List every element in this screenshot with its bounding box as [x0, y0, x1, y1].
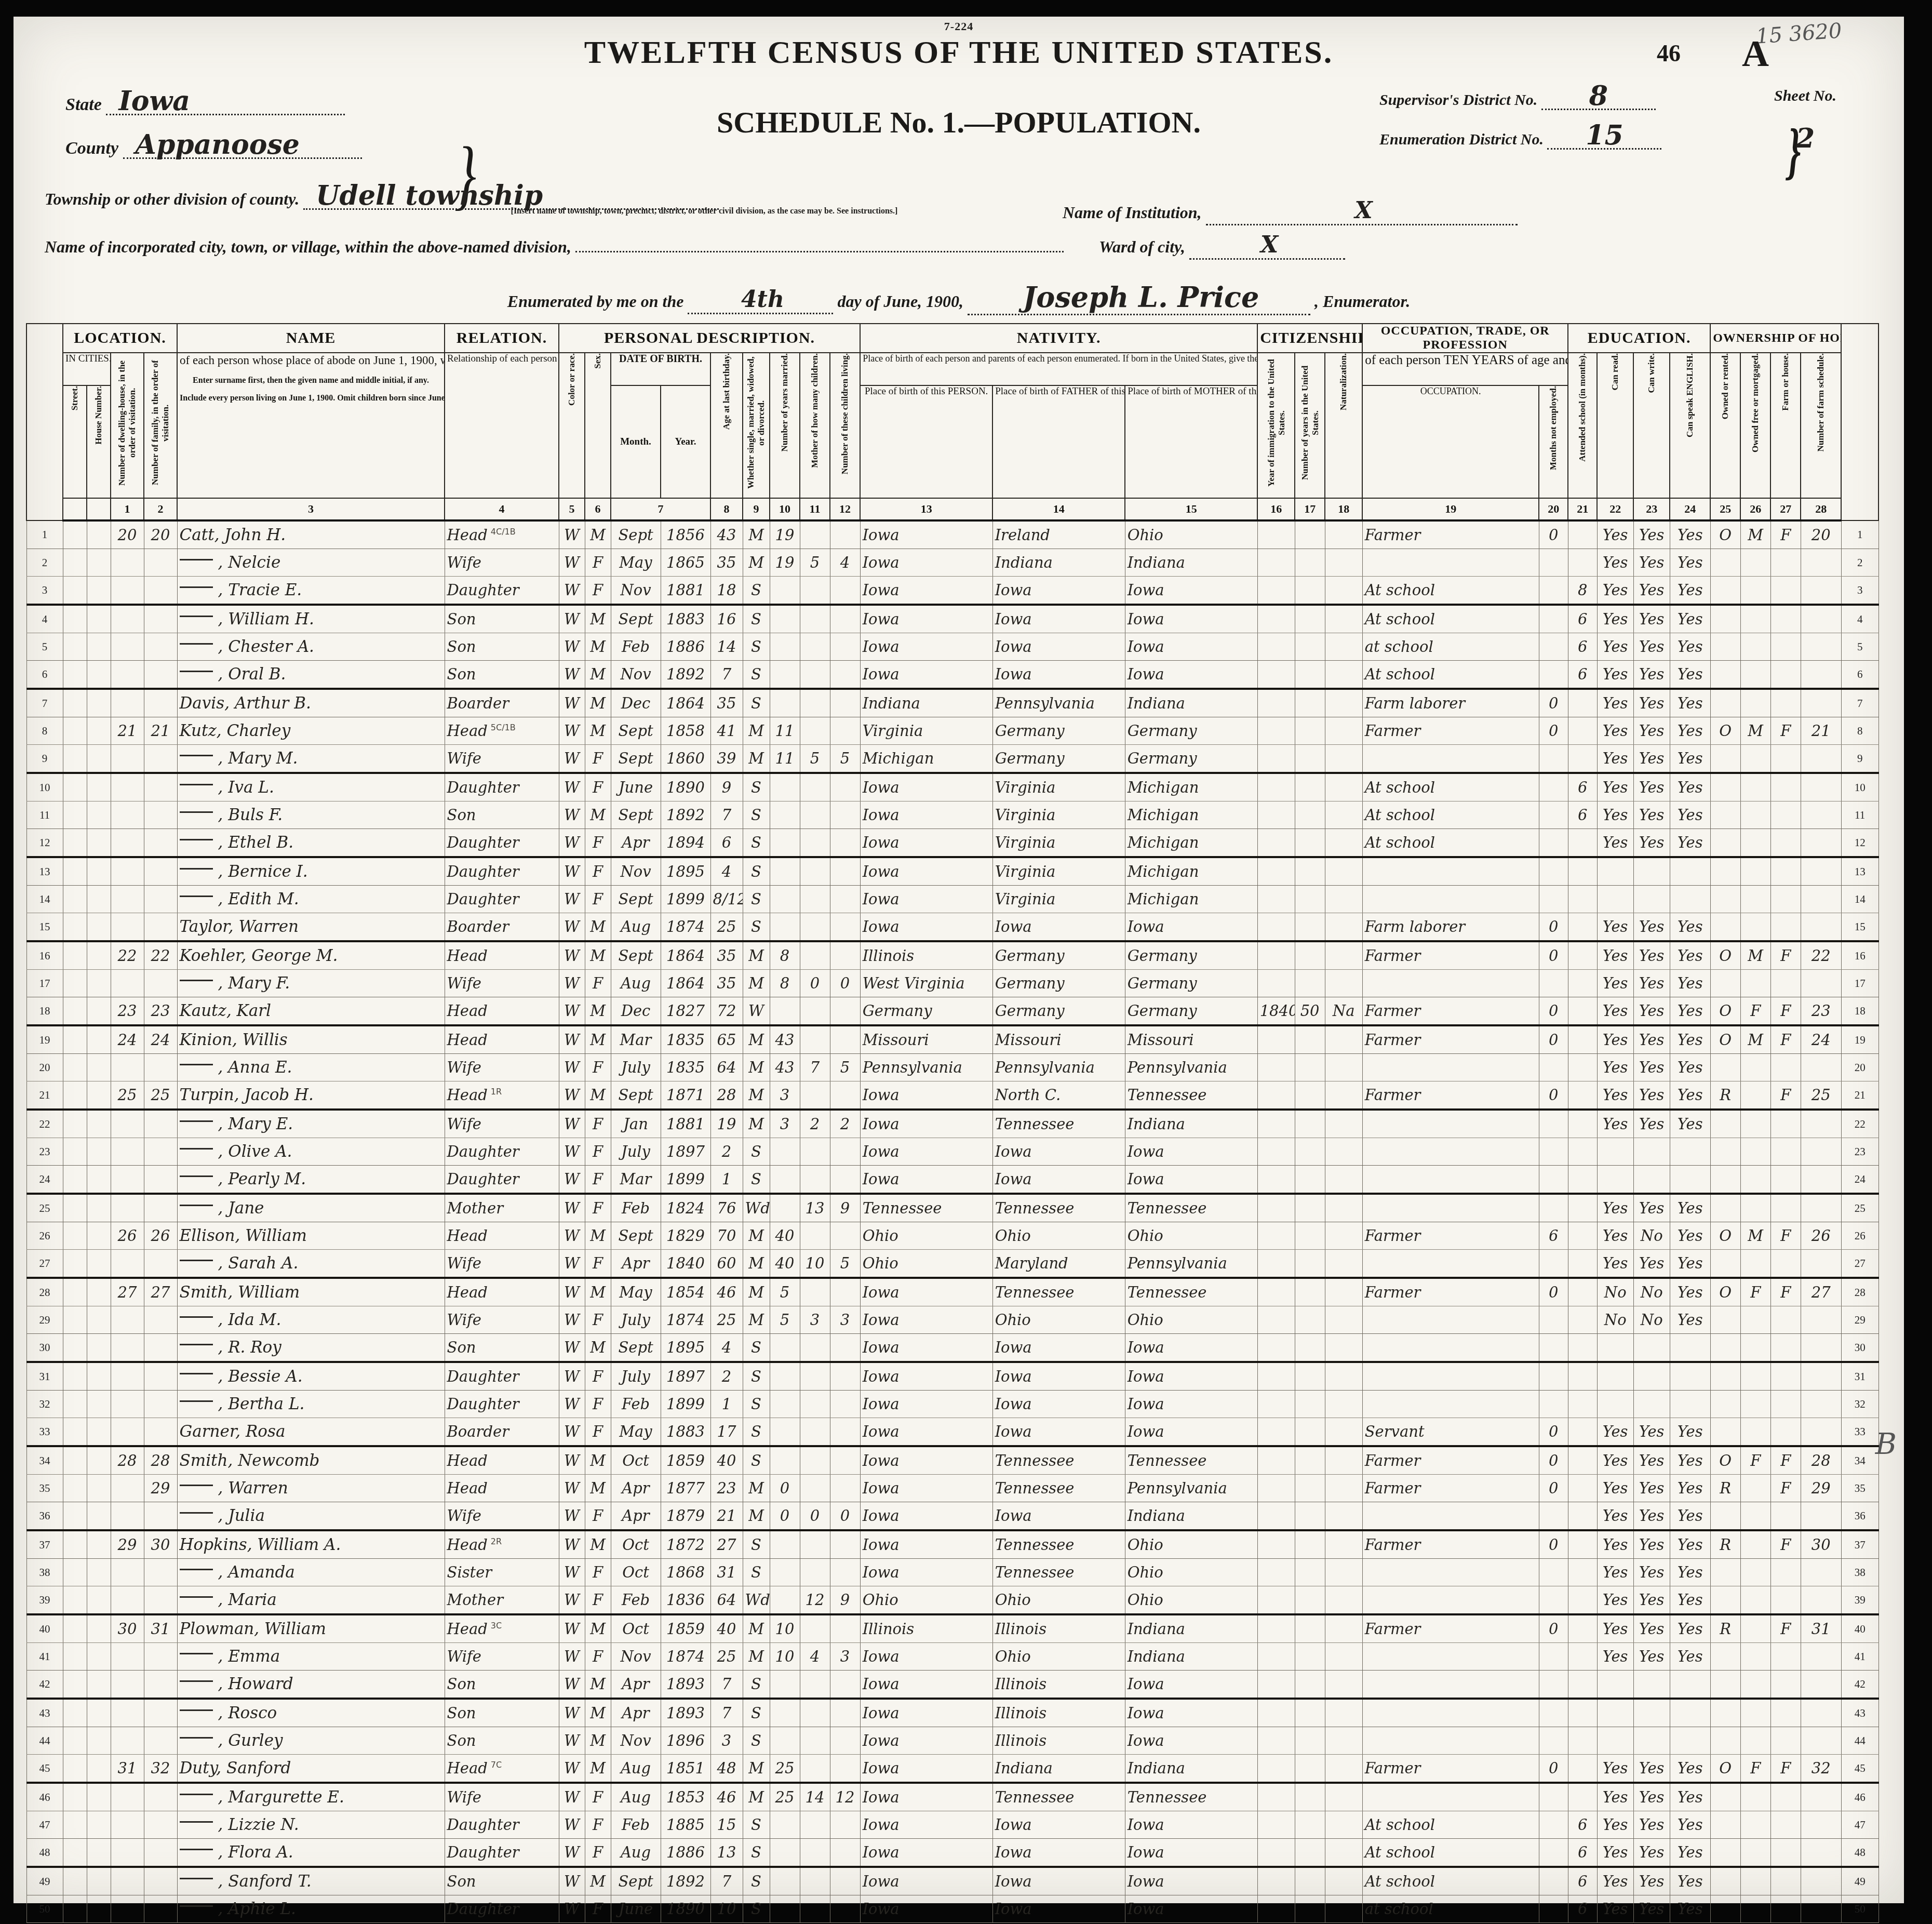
age: 64	[710, 1054, 743, 1081]
can-write: Yes	[1633, 549, 1670, 577]
owned-free-mortgaged	[1740, 1895, 1770, 1923]
occupation-group-header: OCCUPATION, TRADE, OR PROFESSION	[1362, 324, 1568, 353]
farm-or-house	[1770, 1138, 1801, 1166]
father-birthplace: Iowa	[992, 1839, 1125, 1867]
owned-free-mortgaged	[1740, 1362, 1770, 1391]
dwelling-number	[111, 1811, 144, 1839]
occupation: At school	[1362, 829, 1539, 858]
person-name: , Lizzie N.	[177, 1811, 445, 1839]
farm-schedule-number	[1801, 829, 1841, 858]
col6-header: Sex.	[585, 353, 611, 498]
father-birthplace: Virginia	[992, 829, 1125, 858]
immigration-year	[1257, 1643, 1295, 1671]
row-number-left: 15	[26, 913, 63, 942]
naturalization	[1325, 549, 1362, 577]
home-owned-rented	[1710, 886, 1740, 913]
sex: F	[585, 1586, 611, 1615]
birth-year: 1874	[661, 913, 710, 942]
home-owned-rented: R	[1710, 1475, 1740, 1502]
sex: F	[585, 1811, 611, 1839]
mother-of-children	[800, 1025, 830, 1054]
street	[63, 1166, 87, 1194]
occupation	[1362, 745, 1539, 773]
school-months	[1568, 1025, 1597, 1054]
row-number-right: 32	[1841, 1391, 1879, 1418]
birth-year: 1868	[661, 1559, 710, 1586]
birthplace: Iowa	[860, 1559, 992, 1586]
father-birthplace: Ohio	[992, 1586, 1125, 1615]
months-not-employed	[1539, 1586, 1568, 1615]
age: 72	[710, 997, 743, 1026]
house-number	[87, 717, 111, 745]
years-in-us	[1295, 829, 1325, 858]
house-number	[87, 577, 111, 605]
can-read: Yes	[1597, 1530, 1633, 1559]
can-write: Yes	[1633, 1867, 1670, 1895]
birth-month: Oct	[611, 1530, 661, 1559]
header-row-districts: State Iowa County Appanoose } SCHEDULE N…	[45, 84, 1873, 172]
row-number-right: 23	[1841, 1138, 1879, 1166]
row-number-right: 11	[1841, 801, 1879, 829]
person-name: , Jane	[177, 1194, 445, 1222]
enumerated-day: 4th	[688, 286, 833, 314]
row-number-right: 35	[1841, 1475, 1879, 1502]
farm-schedule-number	[1801, 1671, 1841, 1699]
farm-or-house	[1770, 1391, 1801, 1418]
birth-year: 1883	[661, 1418, 710, 1447]
row-number-left: 21	[26, 1081, 63, 1110]
children-living	[830, 1081, 860, 1110]
father-birthplace: Maryland	[992, 1250, 1125, 1278]
family-number	[144, 1643, 177, 1671]
row-number-left: 2	[26, 549, 63, 577]
occupation	[1362, 1166, 1539, 1194]
dwelling-number	[111, 1054, 144, 1081]
mother-of-children	[800, 1081, 830, 1110]
can-read	[1597, 1334, 1633, 1362]
house-number	[87, 1446, 111, 1475]
column-number-13: 13	[860, 498, 992, 520]
owned-free-mortgaged	[1740, 1194, 1770, 1222]
street	[63, 857, 87, 886]
can-speak-english	[1670, 1362, 1710, 1391]
census-row: 3, Tracie E.DaughterWFNov188118SIowaIowa…	[26, 577, 1879, 605]
months-not-employed	[1539, 1362, 1568, 1391]
years-married: 0	[770, 1502, 800, 1531]
years-married: 40	[770, 1250, 800, 1278]
family-number	[144, 1502, 177, 1531]
birth-month: Mar	[611, 1166, 661, 1194]
children-living	[830, 717, 860, 745]
can-speak-english: Yes	[1670, 1559, 1710, 1586]
birth-month: Sept	[611, 605, 661, 633]
farm-or-house	[1770, 1110, 1801, 1138]
occupation: At school	[1362, 1839, 1539, 1867]
column-number-14: 14	[992, 498, 1125, 520]
birth-month: Aug	[611, 970, 661, 997]
col9-header: Whether single, married, widowed, or div…	[743, 353, 770, 498]
birth-month: Sept	[611, 941, 661, 970]
dwelling-number	[111, 689, 144, 717]
years-married	[770, 913, 800, 942]
relation: Daughter	[445, 1166, 559, 1194]
house-number	[87, 1643, 111, 1671]
sex: M	[585, 801, 611, 829]
census-row: 41, EmmaWifeWFNov187425M1043IowaOhioIndi…	[26, 1643, 1879, 1671]
color-race: W	[559, 1054, 585, 1081]
immigration-year	[1257, 829, 1295, 858]
census-row: 453132Duty, SanfordHead7CWMAug185148M25I…	[26, 1755, 1879, 1783]
can-speak-english: Yes	[1670, 1839, 1710, 1867]
birthplace: Iowa	[860, 520, 992, 549]
immigration-year	[1257, 1727, 1295, 1755]
house-number	[87, 1025, 111, 1054]
relation: Head	[445, 1446, 559, 1475]
row-number-left: 20	[26, 1054, 63, 1081]
relation: Wife	[445, 1783, 559, 1811]
mother-birthplace: Michigan	[1125, 829, 1257, 858]
relation: Son	[445, 605, 559, 633]
row-number-left: 42	[26, 1671, 63, 1699]
person-name: Ellison, William	[177, 1222, 445, 1250]
surname-ditto-mark	[180, 1709, 213, 1711]
occupation	[1362, 1138, 1539, 1166]
marital-status: M	[743, 1110, 770, 1138]
birthplace: Ohio	[860, 1586, 992, 1615]
naturalization	[1325, 1530, 1362, 1559]
occupation: Farmer	[1362, 1755, 1539, 1783]
relation: Daughter	[445, 1895, 559, 1923]
can-read	[1597, 886, 1633, 913]
occupation: Farmer	[1362, 941, 1539, 970]
row-number-left: 37	[26, 1530, 63, 1559]
birthplace: Iowa	[860, 1306, 992, 1334]
marital-status: M	[743, 1054, 770, 1081]
can-speak-english: Yes	[1670, 1755, 1710, 1783]
relation: Daughter	[445, 577, 559, 605]
house-number	[87, 1194, 111, 1222]
mother-of-children	[800, 941, 830, 970]
owned-free-mortgaged: M	[1740, 717, 1770, 745]
age: 41	[710, 717, 743, 745]
home-owned-rented	[1710, 577, 1740, 605]
dwelling-number: 31	[111, 1755, 144, 1783]
years-in-us	[1295, 1446, 1325, 1475]
children-living	[830, 857, 860, 886]
surname-ditto-mark	[180, 1485, 213, 1486]
occupation	[1362, 1391, 1539, 1418]
relation: Boarder	[445, 689, 559, 717]
row-number-left: 38	[26, 1559, 63, 1586]
sex: F	[585, 1166, 611, 1194]
dwelling-number	[111, 1250, 144, 1278]
census-row: 11, Buls F.SonWMSept18927SIowaVirginiaMi…	[26, 801, 1879, 829]
person-name: , Chester A.	[177, 633, 445, 661]
can-read: Yes	[1597, 1502, 1633, 1531]
color-race: W	[559, 829, 585, 858]
birth-year: 1894	[661, 829, 710, 858]
years-married	[770, 1166, 800, 1194]
family-number	[144, 886, 177, 913]
months-not-employed	[1539, 1334, 1568, 1362]
mother-birthplace: Pennsylvania	[1125, 1054, 1257, 1081]
birth-month: Mar	[611, 1025, 661, 1054]
home-owned-rented	[1710, 1306, 1740, 1334]
birth-month: Sept	[611, 717, 661, 745]
col13-header: Place of birth of this PERSON.	[860, 385, 992, 498]
mother-of-children	[800, 661, 830, 689]
row-number-left: 40	[26, 1614, 63, 1643]
sex: F	[585, 1306, 611, 1334]
column-number-28: 28	[1801, 498, 1841, 520]
dwelling-number: 29	[111, 1530, 144, 1559]
mother-of-children	[800, 1391, 830, 1418]
months-not-employed	[1539, 1643, 1568, 1671]
census-row: 31, Bessie A.DaughterWFJuly18972SIowaIow…	[26, 1362, 1879, 1391]
person-name: Smith, Newcomb	[177, 1446, 445, 1475]
sex: M	[585, 605, 611, 633]
row-number-left: 8	[26, 717, 63, 745]
birthplace: Iowa	[860, 1475, 992, 1502]
house-number	[87, 1306, 111, 1334]
can-speak-english: Yes	[1670, 1867, 1710, 1895]
person-name: , Pearly M.	[177, 1166, 445, 1194]
dwelling-number	[111, 1671, 144, 1699]
naturalization	[1325, 1334, 1362, 1362]
mother-birthplace: Iowa	[1125, 1839, 1257, 1867]
dwelling-number	[111, 1867, 144, 1895]
farm-schedule-number	[1801, 801, 1841, 829]
relation: Wife	[445, 1306, 559, 1334]
house-number	[87, 1362, 111, 1391]
can-write: Yes	[1633, 1081, 1670, 1110]
city-value	[575, 251, 1064, 252]
children-living	[830, 1895, 860, 1923]
home-owned-rented: O	[1710, 1025, 1740, 1054]
mother-of-children	[800, 633, 830, 661]
street	[63, 1138, 87, 1166]
marital-status: M	[743, 941, 770, 970]
can-read: Yes	[1597, 717, 1633, 745]
sex: M	[585, 1671, 611, 1699]
surname-ditto-mark	[180, 1120, 213, 1122]
sex: M	[585, 997, 611, 1026]
surname-ditto-mark	[180, 671, 213, 672]
person-name: , Buls F.	[177, 801, 445, 829]
column-number-24: 24	[1670, 498, 1710, 520]
birthplace: Iowa	[860, 1755, 992, 1783]
col19-header: OCCUPATION.	[1362, 385, 1539, 498]
age: 25	[710, 1306, 743, 1334]
birthplace: Virginia	[860, 717, 992, 745]
can-speak-english: Yes	[1670, 1081, 1710, 1110]
school-months	[1568, 1278, 1597, 1306]
occupation: Farm laborer	[1362, 689, 1539, 717]
family-number	[144, 1054, 177, 1081]
street	[63, 1614, 87, 1643]
family-number	[144, 1391, 177, 1418]
years-married: 11	[770, 745, 800, 773]
family-number	[144, 1418, 177, 1447]
sheet-no-label: Sheet No.	[1748, 87, 1862, 105]
can-write	[1633, 886, 1670, 913]
person-name: , Margurette E.	[177, 1783, 445, 1811]
years-in-us	[1295, 605, 1325, 633]
color-race: W	[559, 1418, 585, 1447]
naturalization	[1325, 1194, 1362, 1222]
family-number	[144, 1867, 177, 1895]
marital-status: S	[743, 1727, 770, 1755]
immigration-year	[1257, 1559, 1295, 1586]
relation: Son	[445, 661, 559, 689]
census-row: 17, Mary F.WifeWFAug186435M800West Virgi…	[26, 970, 1879, 997]
farm-or-house: F	[1770, 1614, 1801, 1643]
mother-birthplace: Iowa	[1125, 913, 1257, 942]
naturalization	[1325, 1278, 1362, 1306]
row-number-right: 2	[1841, 549, 1879, 577]
row-number-right: 45	[1841, 1755, 1879, 1783]
dwelling-number	[111, 1166, 144, 1194]
mother-of-children	[800, 829, 830, 858]
naturalization	[1325, 717, 1362, 745]
home-owned-rented: O	[1710, 1278, 1740, 1306]
person-name: , Gurley	[177, 1727, 445, 1755]
house-number	[87, 549, 111, 577]
immigration-year	[1257, 1081, 1295, 1110]
father-birthplace: Virginia	[992, 773, 1125, 801]
can-speak-english	[1670, 857, 1710, 886]
birthplace: Iowa	[860, 1166, 992, 1194]
dwelling-number: 28	[111, 1446, 144, 1475]
person-name: Davis, Arthur B.	[177, 689, 445, 717]
can-speak-english: Yes	[1670, 1530, 1710, 1559]
person-name: , Howard	[177, 1671, 445, 1699]
dwelling-number	[111, 1643, 144, 1671]
farm-schedule-number	[1801, 970, 1841, 997]
home-owned-rented	[1710, 1391, 1740, 1418]
farm-schedule-number: 27	[1801, 1278, 1841, 1306]
marital-status: S	[743, 1699, 770, 1727]
farm-schedule-number	[1801, 857, 1841, 886]
row-number-left: 30	[26, 1334, 63, 1362]
dwelling-number	[111, 1138, 144, 1166]
row-number-left: 16	[26, 941, 63, 970]
census-row: 39, MariaMotherWFFeb183664Wd129OhioOhioO…	[26, 1586, 1879, 1615]
immigration-year	[1257, 717, 1295, 745]
family-number	[144, 745, 177, 773]
person-name: , Mary E.	[177, 1110, 445, 1138]
years-married: 10	[770, 1614, 800, 1643]
years-married	[770, 689, 800, 717]
row-number-left: 7	[26, 689, 63, 717]
school-months	[1568, 1755, 1597, 1783]
street	[63, 1530, 87, 1559]
birth-year: 1824	[661, 1194, 710, 1222]
row-number-right: 38	[1841, 1559, 1879, 1586]
house-number	[87, 913, 111, 942]
education-group-header: EDUCATION.	[1568, 324, 1710, 353]
farm-or-house	[1770, 1334, 1801, 1362]
age: 19	[710, 1110, 743, 1138]
years-married	[770, 1727, 800, 1755]
immigration-year	[1257, 857, 1295, 886]
school-months	[1568, 1475, 1597, 1502]
farm-schedule-number	[1801, 1586, 1841, 1615]
years-in-us	[1295, 1391, 1325, 1418]
relation: Daughter	[445, 886, 559, 913]
months-not-employed	[1539, 1502, 1568, 1531]
can-speak-english	[1670, 1166, 1710, 1194]
mother-of-children	[800, 1362, 830, 1391]
person-name: , William H.	[177, 605, 445, 633]
census-row: 182323Kautz, KarlHeadWMDec182772WGermany…	[26, 997, 1879, 1026]
farm-or-house	[1770, 773, 1801, 801]
can-write: Yes	[1633, 1446, 1670, 1475]
row-number-left: 9	[26, 745, 63, 773]
family-number: 23	[144, 997, 177, 1026]
naturalization	[1325, 1166, 1362, 1194]
sex: F	[585, 1418, 611, 1447]
can-speak-english: Yes	[1670, 970, 1710, 997]
street	[63, 1306, 87, 1334]
owned-free-mortgaged: M	[1740, 1025, 1770, 1054]
birth-year: 1836	[661, 1586, 710, 1615]
home-owned-rented	[1710, 1839, 1740, 1867]
state-county-block: State Iowa County Appanoose }	[65, 89, 460, 177]
birthplace: Michigan	[860, 745, 992, 773]
census-row: 3529, WarrenHeadWMApr187723M0IowaTenness…	[26, 1475, 1879, 1502]
house-number	[87, 1138, 111, 1166]
family-number	[144, 1306, 177, 1334]
dwelling-number: 30	[111, 1614, 144, 1643]
can-speak-english: Yes	[1670, 1475, 1710, 1502]
farm-or-house	[1770, 1727, 1801, 1755]
house-number	[87, 1334, 111, 1362]
column-number-18: 18	[1325, 498, 1362, 520]
can-read	[1597, 857, 1633, 886]
relation: Head3C	[445, 1614, 559, 1643]
birth-year: 1895	[661, 1334, 710, 1362]
age: 7	[710, 1699, 743, 1727]
mother-of-children	[800, 1755, 830, 1783]
immigration-year	[1257, 577, 1295, 605]
home-owned-rented	[1710, 1138, 1740, 1166]
immigration-year	[1257, 1222, 1295, 1250]
mother-birthplace: Indiana	[1125, 1614, 1257, 1643]
birthplace: Iowa	[860, 1391, 992, 1418]
children-living	[830, 1727, 860, 1755]
marital-status: S	[743, 1811, 770, 1839]
family-number	[144, 549, 177, 577]
father-birthplace: Iowa	[992, 605, 1125, 633]
row-number-left: 19	[26, 1025, 63, 1054]
can-read: Yes	[1597, 633, 1633, 661]
years-married	[770, 1586, 800, 1615]
birth-month: Jan	[611, 1110, 661, 1138]
color-race: W	[559, 661, 585, 689]
immigration-year	[1257, 1306, 1295, 1334]
can-write: Yes	[1633, 661, 1670, 689]
surname-ditto-mark	[180, 616, 213, 617]
row-number-left: 4	[26, 605, 63, 633]
years-in-us	[1295, 1671, 1325, 1699]
institution-label: Name of Institution,	[1063, 203, 1202, 222]
mother-birthplace: Ohio	[1125, 1586, 1257, 1615]
immigration-year	[1257, 1671, 1295, 1699]
can-write: Yes	[1633, 633, 1670, 661]
birth-year: 1860	[661, 745, 710, 773]
owned-free-mortgaged: M	[1740, 520, 1770, 549]
